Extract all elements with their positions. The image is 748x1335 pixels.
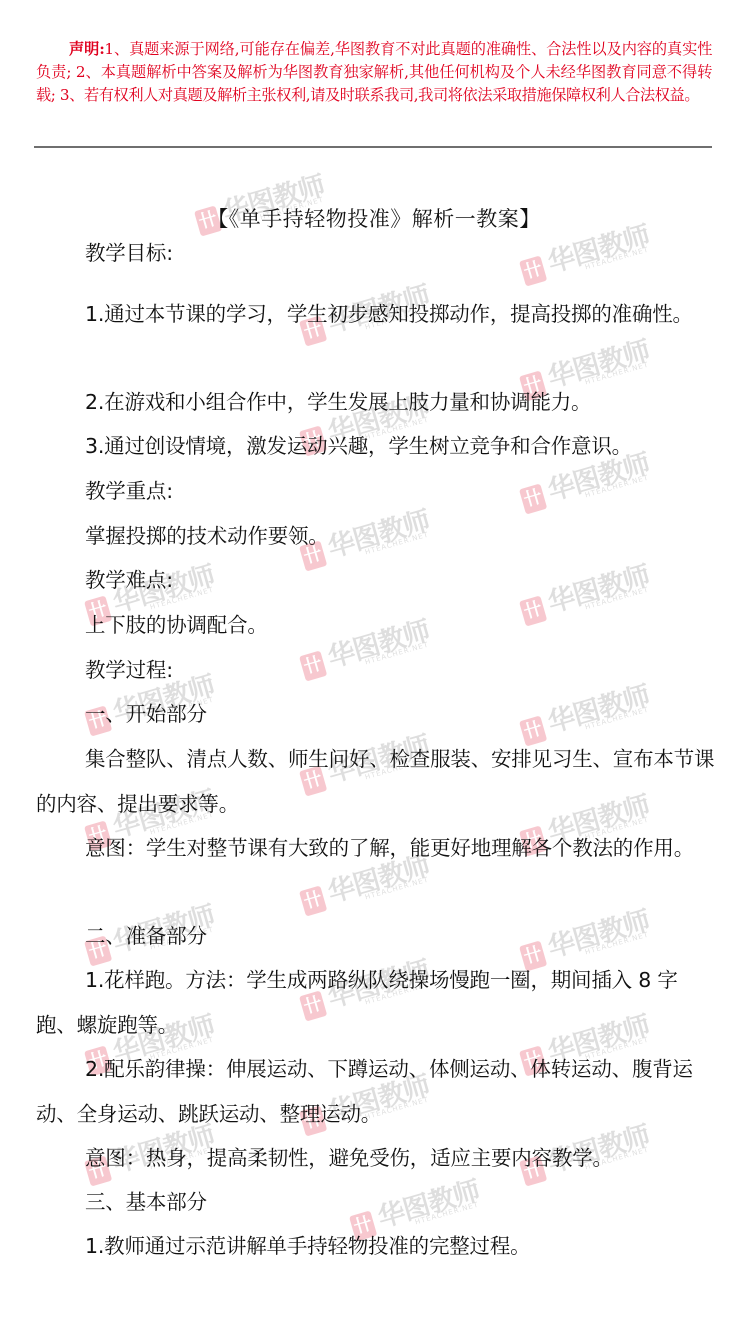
paragraph-objective-1: 1.通过本节课的学习，学生初步感知投掷动作，提高投掷的准确性。 [36,292,716,337]
disclaimer: 声明:1、真题来源于网络,可能存在偏差,华图教育不对此真题的准确性、合法性以及内… [36,38,712,107]
section-heading-part-1: 一、开始部分 [36,692,716,737]
paragraph-part-1-intent: 意图：学生对整节课有大致的了解，能更好地理解各个教法的作用。 [36,826,716,871]
section-heading-part-2: 二、准备部分 [36,914,716,959]
paragraph-objective-3: 3.通过创设情境，激发运动兴趣，学生树立竞争和合作意识。 [36,424,716,469]
paragraph-difficulties: 上下肢的协调配合。 [36,603,716,648]
disclaimer-text: 1、真题来源于网络,可能存在偏差,华图教育不对此真题的准确性、合法性以及内容的真… [36,40,712,104]
section-heading-key-points: 教学重点: [36,469,716,514]
section-heading-objectives: 教学目标: [36,231,716,276]
paragraph-part-2-intent: 意图：热身，提高柔韧性，避免受伤，适应主要内容教学。 [36,1136,716,1181]
paragraph-part-2-item-2: 2.配乐韵律操：伸展运动、下蹲运动、体侧运动、体转运动、腹背运动、全身运动、跳跃… [36,1047,716,1137]
watermark-logo-icon: 卄 [299,885,327,916]
section-heading-process: 教学过程: [36,648,716,693]
paragraph-part-2-item-1: 1.花样跑。方法：学生成两路纵队绕操场慢跑一圈，期间插入 8 字跑、螺旋跑等。 [36,958,716,1048]
section-heading-part-3: 三、基本部分 [36,1180,716,1225]
paragraph-part-1-content: 集合整队、清点人数、师生问好、检查服装、安排见习生、宣布本节课的内容、提出要求等… [36,737,716,827]
section-heading-difficulties: 教学难点: [36,558,716,603]
paragraph-key-points: 掌握投掷的技术动作要领。 [36,514,716,559]
disclaimer-label: 声明: [69,40,104,58]
paragraph-objective-2: 2.在游戏和小组合作中，学生发展上肢力量和协调能力。 [36,380,716,425]
paragraph-part-3-item-1: 1.教师通过示范讲解单手持轻物投准的完整过程。 [36,1224,716,1269]
document-title: 【《单手持轻物投准》解析一教案】 [0,204,748,234]
header-divider [34,146,712,148]
